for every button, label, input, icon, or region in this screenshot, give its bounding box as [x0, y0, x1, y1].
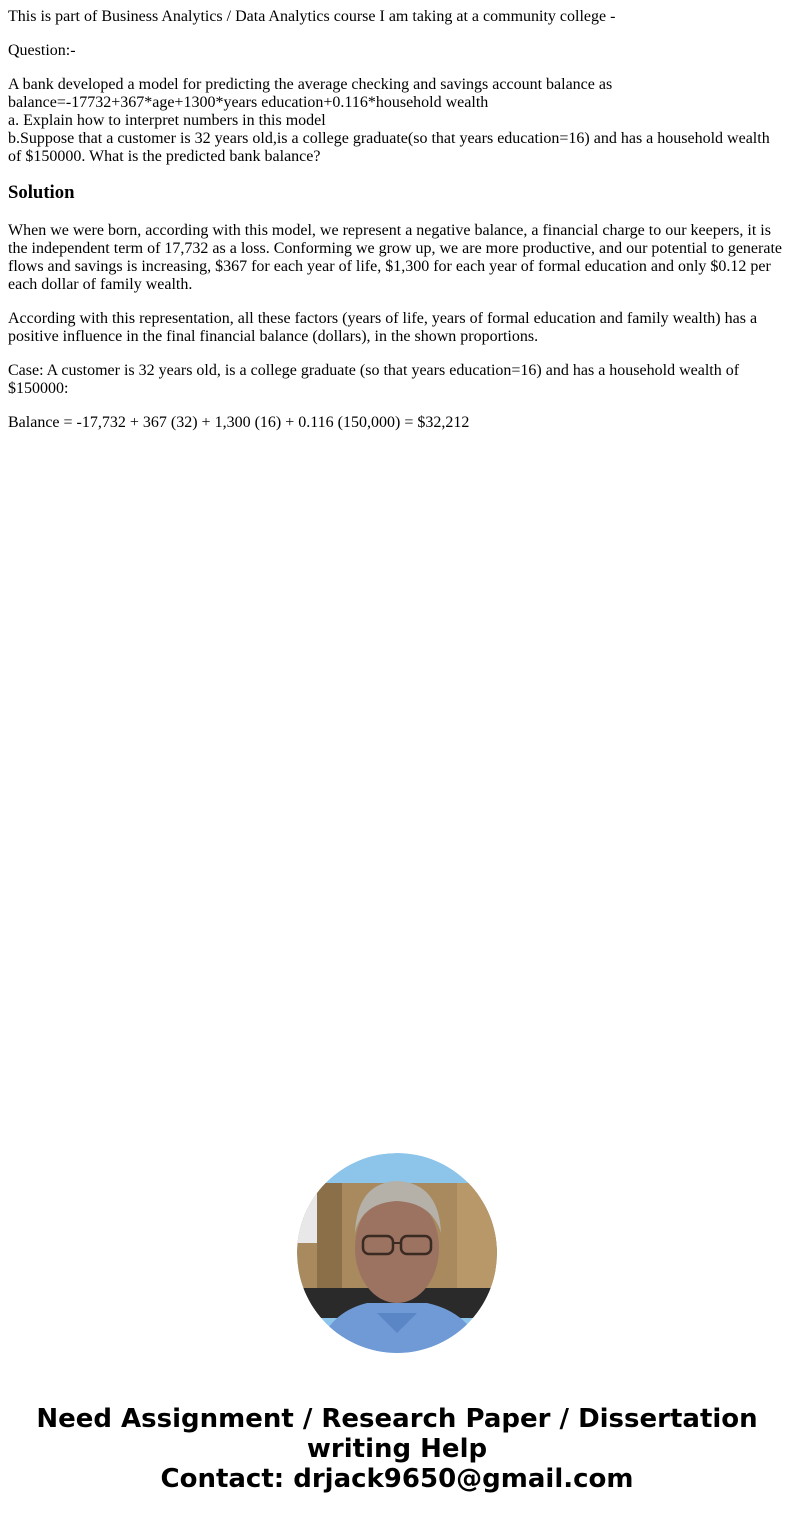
question-line: A bank developed a model for predicting … — [8, 76, 612, 93]
question-text: A bank developed a model for predicting … — [8, 76, 786, 166]
solution-case: Case: A customer is 32 years old, is a c… — [8, 362, 786, 398]
solution-heading: Solution — [8, 182, 786, 204]
solution-calculation: Balance = -17,732 + 367 (32) + 1,300 (16… — [8, 414, 786, 432]
avatar — [297, 1153, 497, 1353]
question-formula: balance=-17732+367*age+1300*years educat… — [8, 94, 488, 111]
document-body: This is part of Business Analytics / Dat… — [8, 8, 786, 448]
solution-paragraph: When we were born, according with this m… — [8, 222, 786, 294]
promo-banner: Need Assignment / Research Paper / Disse… — [0, 1404, 794, 1494]
promo-contact: Contact: drjack9650@gmail.com — [0, 1464, 794, 1494]
intro-text: This is part of Business Analytics / Dat… — [8, 8, 786, 26]
promo-headline: Need Assignment / Research Paper / Disse… — [0, 1404, 794, 1464]
question-part-a: a. Explain how to interpret numbers in t… — [8, 112, 326, 129]
question-label: Question:- — [8, 42, 786, 60]
question-part-b: b.Suppose that a customer is 32 years ol… — [8, 130, 770, 165]
person-photo-icon — [297, 1153, 497, 1353]
solution-paragraph: According with this representation, all … — [8, 310, 786, 346]
